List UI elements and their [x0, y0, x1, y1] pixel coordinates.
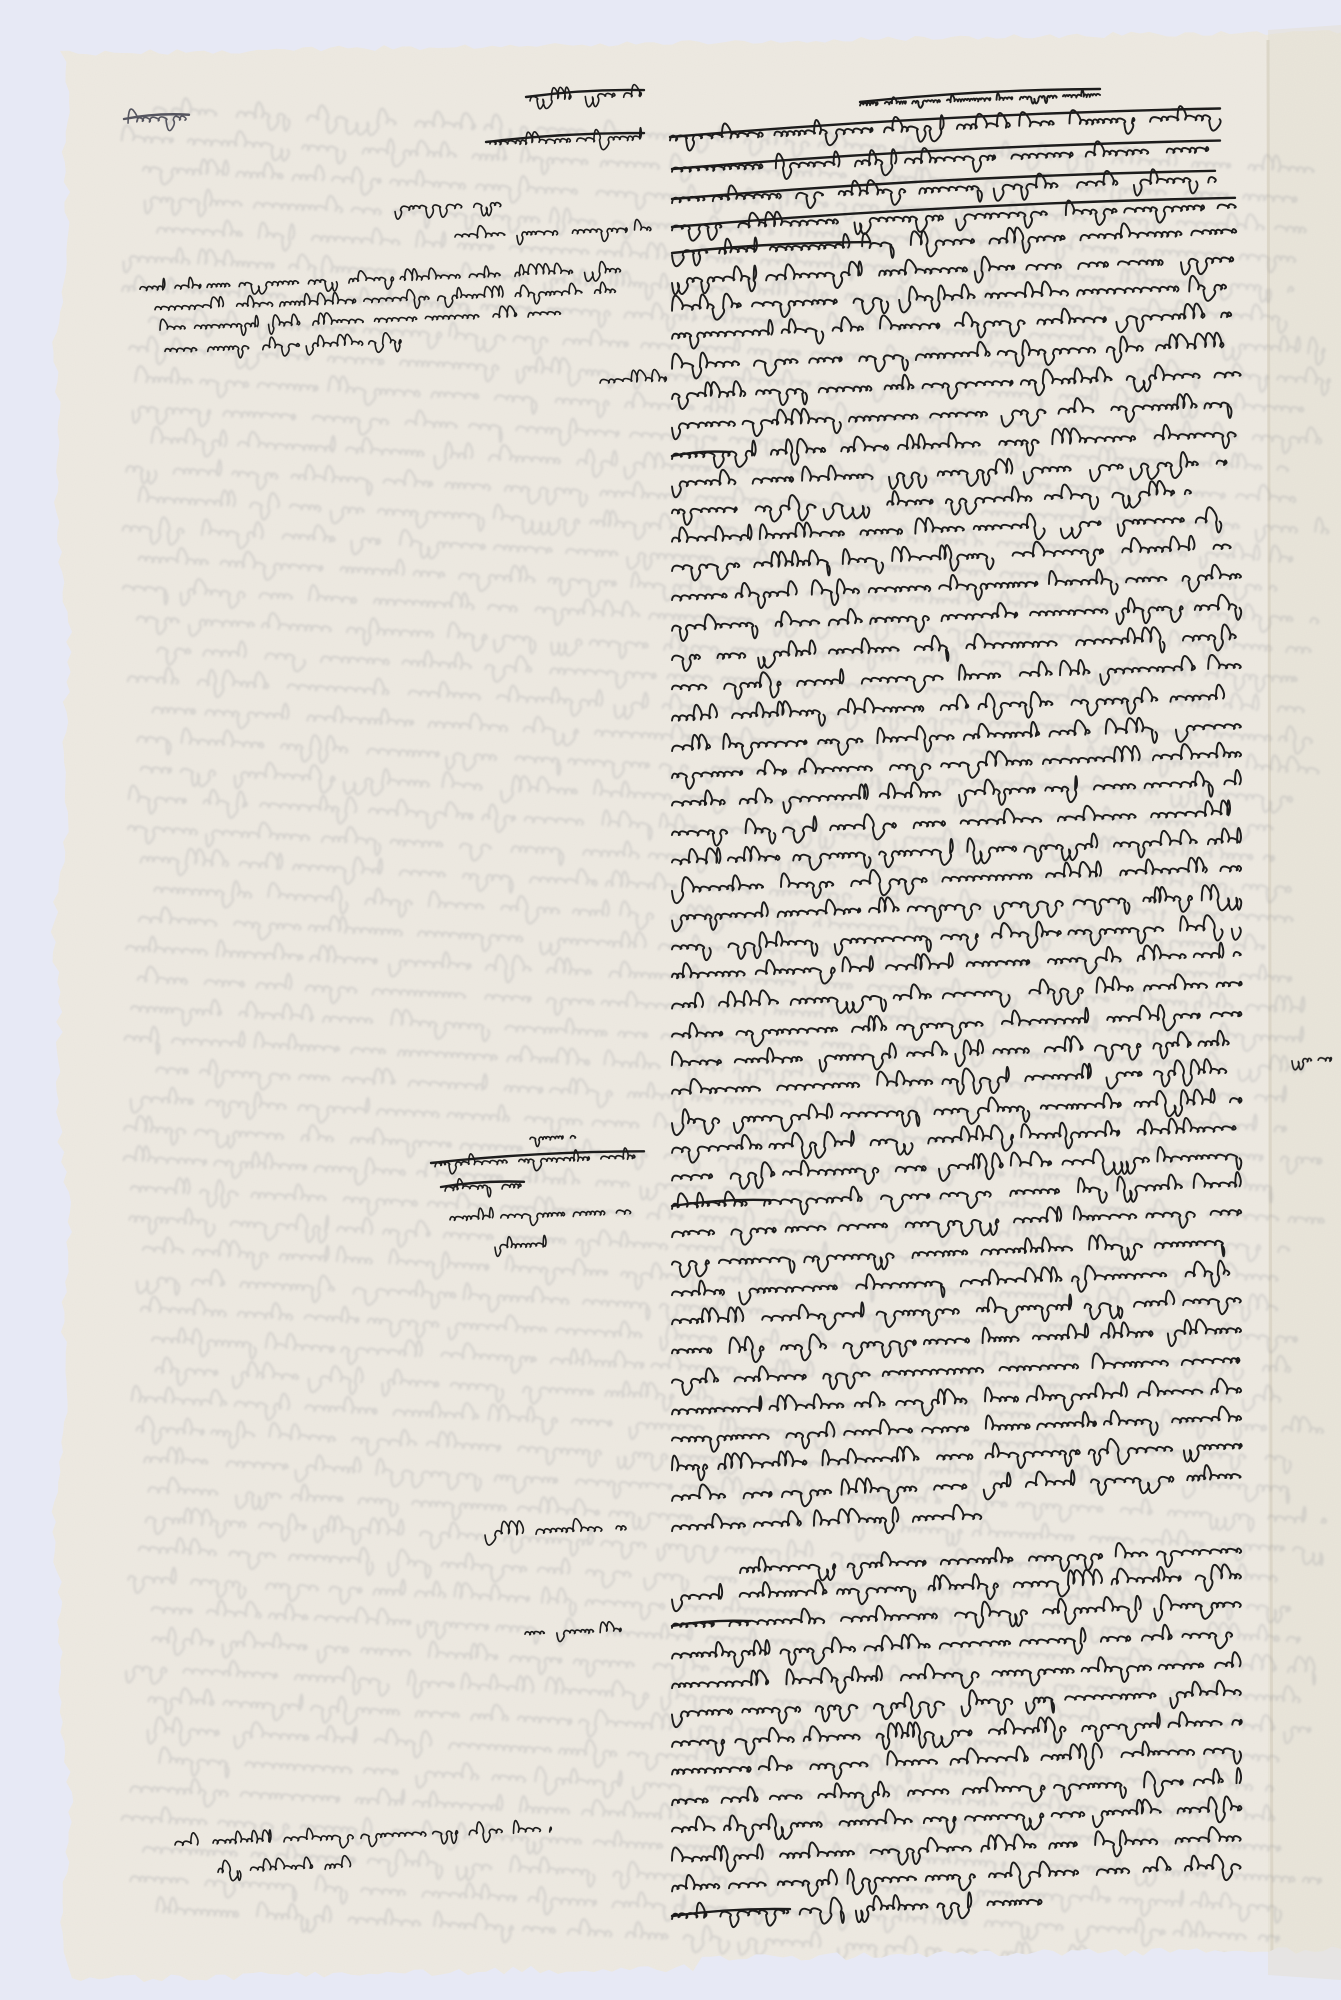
manuscript-scan	[0, 0, 1341, 2000]
